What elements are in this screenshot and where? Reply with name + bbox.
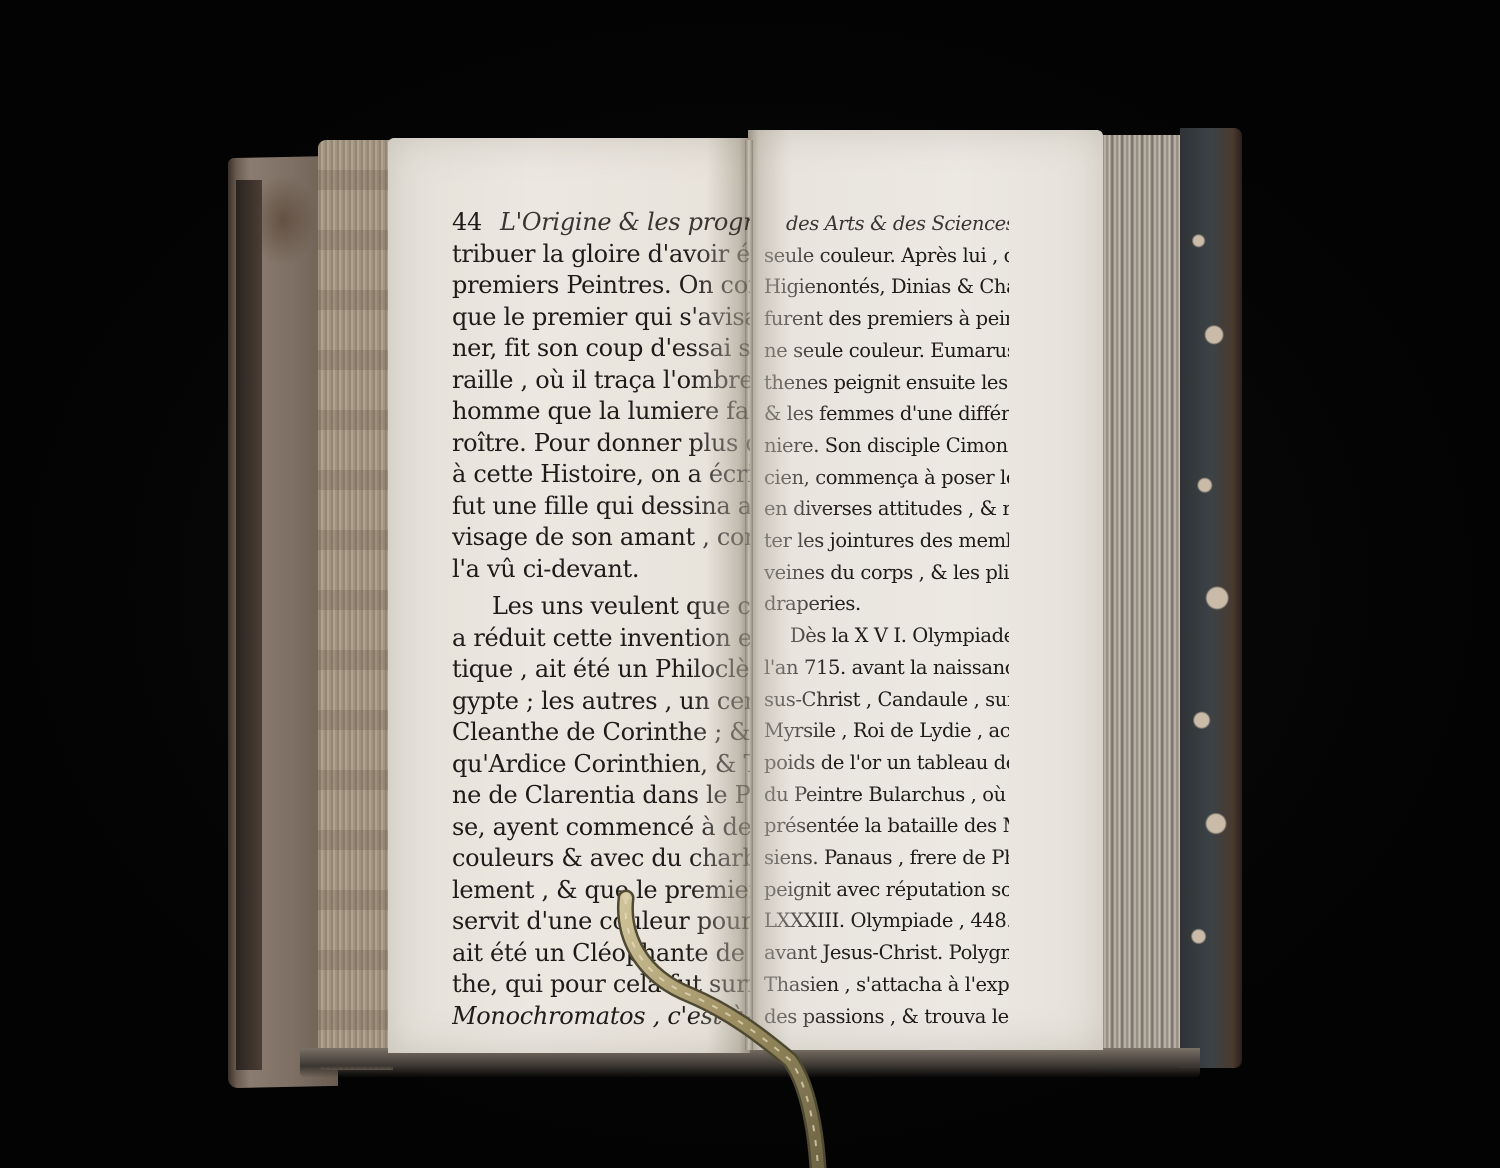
text-line: l'an 715. avant la naissance de Je- — [764, 652, 1009, 684]
marbled-fore-edge — [1180, 128, 1242, 1068]
text-line: ne seule couleur. Eumarus d'A- — [764, 335, 1009, 367]
text-line: du Peintre Bularchus , où étoit re- — [764, 779, 1009, 811]
left-running-header: 44 L'Origine & les progrès — [452, 207, 750, 239]
text-line: cien, commença à poser les corps — [764, 462, 1009, 494]
text-line: visage de son amant , comme on — [452, 522, 750, 554]
text-line: Cleanthe de Corinthe ; & d'autres — [452, 717, 750, 749]
text-line: que le premier qui s'avisa de des- — [452, 302, 750, 334]
text-line: raille , où il traça l'ombre d'un — [452, 365, 750, 397]
text-line: servit d'une couleur pour peindre, — [452, 906, 750, 938]
text-line: & les femmes d'une différente ma- — [764, 398, 1009, 430]
text-line: draperies. — [764, 588, 1009, 620]
text-line: sus-Christ , Candaule , surnommé — [764, 684, 1009, 716]
paragraph-start-line: Les uns veulent que celui qui — [452, 591, 750, 623]
text-line: LXXXIII. Olympiade , 448. ans — [764, 905, 1009, 937]
text-line: furent des premiers à peindre d'u- — [764, 303, 1009, 335]
text-line: à cette Histoire, on a écrit que ce — [452, 459, 750, 491]
text-line: se, ayent commencé à dessiner sans — [452, 812, 750, 844]
text-line: tribuer la gloire d'avoir été les — [452, 239, 750, 271]
text-line: Thasien , s'attacha à l'expression — [764, 969, 1009, 1001]
right-page-edges — [1100, 135, 1190, 1065]
text-line: roître. Pour donner plus de relief — [452, 428, 750, 460]
text-line: tique , ait été un Philoclès d'E- — [452, 654, 750, 686]
text-line: premiers Peintres. On convient — [452, 270, 750, 302]
text-line: avant Jesus-Christ. Polygnatus — [764, 937, 1009, 969]
text-line: the, qui pour cela fut surnommé — [452, 969, 750, 1001]
left-page-text: 44 L'Origine & les progrès tribuer la gl… — [452, 213, 750, 1032]
text-line: ner, fit son coup d'essai sur une mu- — [452, 333, 750, 365]
text-line: a réduit cette invention en pra- — [452, 623, 750, 655]
text-line: Higienontés, Dinias & Charmas , — [764, 271, 1009, 303]
running-head-right: des Arts & des Sciences. — [786, 208, 1009, 240]
text-line: seule couleur. Après lui , dit-on , — [764, 240, 1009, 272]
text-line: fut une fille qui dessina ainsi le — [452, 491, 750, 523]
text-line: niere. Son disciple Cimon Cleoni- — [764, 430, 1009, 462]
text-line: ter les jointures des membres , les — [764, 525, 1009, 557]
text-line: Myrsile , Roi de Lydie , acheta au — [764, 715, 1009, 747]
left-cover-turn-in — [236, 180, 262, 1070]
text-line: qu'Ardice Corinthien, & Telepha- — [452, 749, 750, 781]
text-line: homme que la lumiere faisoit pa- — [452, 396, 750, 428]
text-line: gypte ; les autres , un certain — [452, 686, 750, 718]
text-line: couleurs & avec du charbon seu- — [452, 843, 750, 875]
text-line: lement , & que le premier qui se — [452, 875, 750, 907]
text-line: présentée la bataille des Magne- — [764, 810, 1009, 842]
right-page-text: des Arts & des Sciences. 45 seule couleu… — [764, 213, 1009, 1032]
paragraph-start-line: Dès la X V I. Olympiade , vers — [764, 620, 1009, 652]
text-line: peignit avec réputation sous la — [764, 874, 1009, 906]
text-line: ait été un Cléophante de Corin- — [452, 938, 750, 970]
running-head-left: L'Origine & les progrès — [500, 207, 750, 239]
text-line: thenes peignit ensuite les hommes — [764, 367, 1009, 399]
page-number-left: 44 — [452, 207, 482, 239]
text-line: ne de Clarentia dans le Pelopon- — [452, 780, 750, 812]
left-page-edges — [318, 140, 393, 1070]
text-line: en diverses attitudes , & représen- — [764, 493, 1009, 525]
text-line: l'a vû ci-devant. — [452, 554, 750, 586]
text-line: siens. Panaus , frere de Phidias , — [764, 842, 1009, 874]
text-line: veines du corps , & les plis des — [764, 557, 1009, 589]
text-line: Monochromatos , c'est-à-dire , d'une — [452, 1001, 750, 1033]
right-running-header: des Arts & des Sciences. 45 — [764, 207, 1009, 240]
text-line: poids de l'or un tableau de la façon — [764, 747, 1009, 779]
text-line: des passions , & trouva les couleurs — [764, 1001, 1009, 1033]
